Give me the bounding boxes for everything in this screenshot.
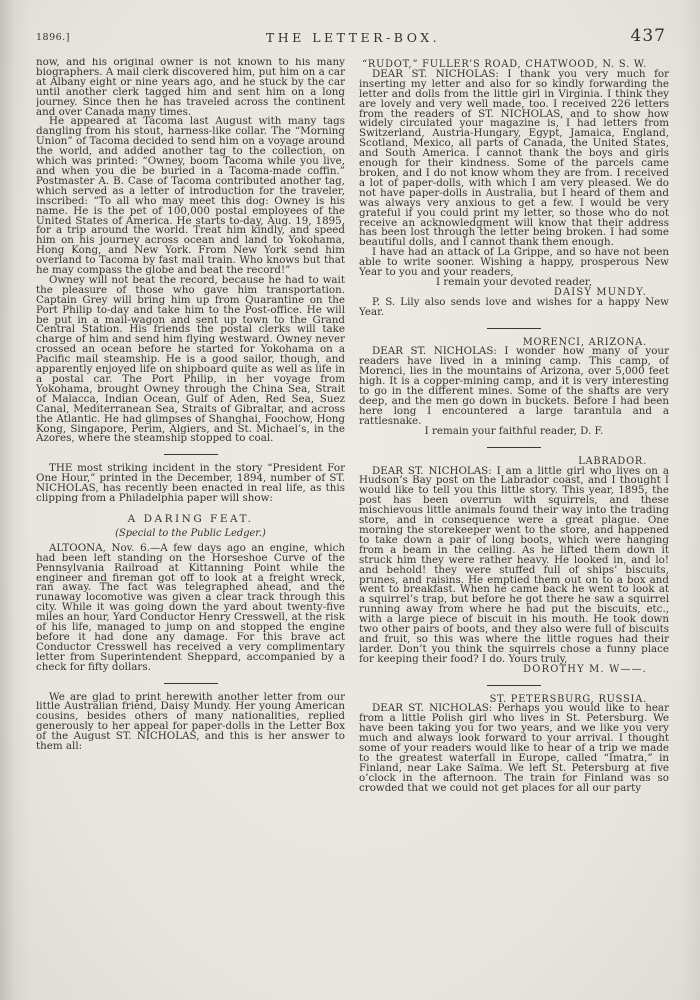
page-title: THE LETTER-BOX.	[36, 30, 670, 45]
text-block-p: P. S. Lily also sends love and wishes fo…	[359, 298, 669, 318]
text-block-signature: DOROTHY M. W——.	[359, 665, 669, 675]
section-divider	[164, 454, 218, 455]
text-block-p0: now, and his original owner is not known…	[36, 58, 345, 117]
text-block-p: We are glad to print herewith another le…	[36, 693, 345, 752]
text-block-p: DEAR ST. NICHOLAS: Perhaps you would lik…	[359, 704, 669, 793]
section-divider	[487, 328, 541, 329]
text-block-p: ALTOONA, Nov. 6.—A few days ago an engin…	[36, 544, 345, 673]
text-block-closing: I remain your faithful reader, D. F.	[359, 427, 669, 437]
left-column: now, and his original owner is not known…	[36, 58, 345, 996]
section-divider	[164, 683, 218, 684]
section-divider	[487, 447, 541, 448]
text-block-p: DEAR ST. NICHOLAS: I thank you very much…	[359, 70, 669, 248]
text-block-subheading: (Special to the Public Ledger.)	[36, 529, 345, 539]
text-block-heading: A DARING FEAT.	[36, 515, 345, 525]
section-divider	[487, 685, 541, 686]
right-column: “RUDOT,” FULLER’S ROAD, CHATWOOD, N. S. …	[359, 58, 669, 996]
page-header: 1896.] THE LETTER-BOX. 437	[36, 26, 670, 52]
text-block-p: THE most striking incident in the story …	[36, 464, 345, 504]
page-number: 437	[631, 26, 666, 46]
text-block-p: DEAR ST. NICHOLAS: I wonder how many of …	[359, 347, 669, 426]
magazine-page: 1896.] THE LETTER-BOX. 437 now, and his …	[0, 0, 700, 1000]
text-block-p: DEAR ST. NICHOLAS: I am a little girl wh…	[359, 467, 669, 665]
text-block-p: I have had an attack of La Grippe, and s…	[359, 248, 669, 278]
text-block-p: He appeared at Tacoma last August with m…	[36, 117, 345, 276]
text-block-p: Owney will not beat the record, because …	[36, 276, 345, 444]
